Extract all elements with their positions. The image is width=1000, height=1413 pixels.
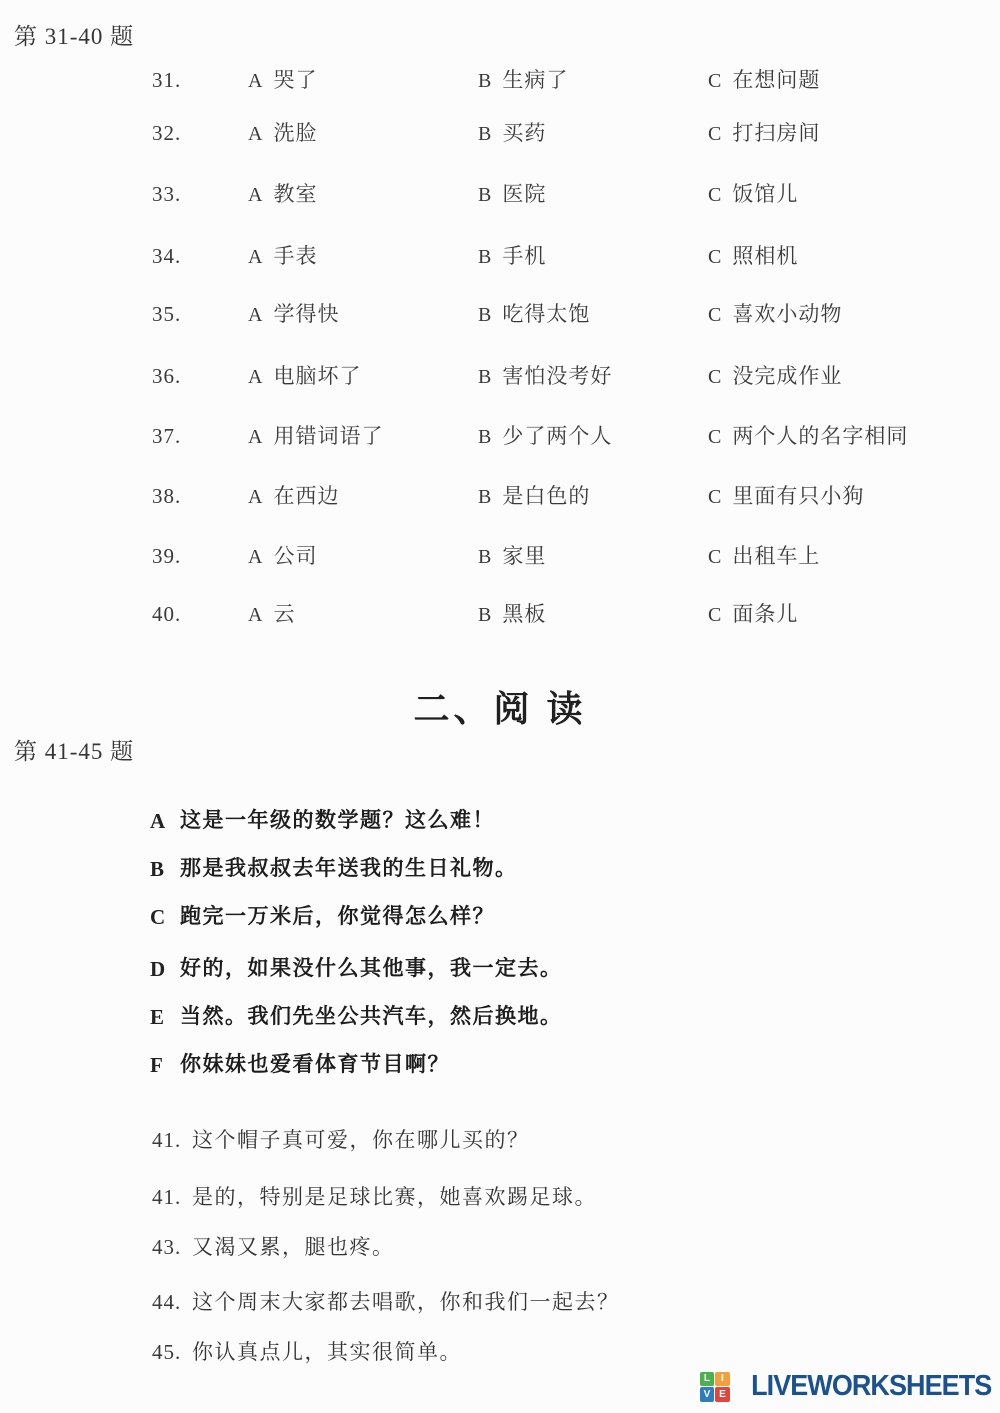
option-b-text: 买药 (502, 121, 546, 145)
option-a-text: 手表 (273, 244, 317, 268)
question-number: 33. (152, 178, 181, 210)
option-a: A哭了 (248, 64, 317, 97)
logo-square-e: E (715, 1387, 730, 1402)
option-a: A教室 (248, 178, 317, 211)
reading-option-letter: C (150, 902, 165, 932)
option-b-text: 是白色的 (502, 484, 590, 508)
option-a-text: 公司 (273, 544, 317, 568)
option-b: B少了两个人 (478, 420, 612, 453)
option-letter-c: C (708, 599, 721, 631)
reading-option-text: 好的，如果没什么其他事，我一定去。 (180, 954, 563, 984)
option-b-text: 吃得太饱 (502, 302, 590, 326)
reading-question-41: 41. 这个帽子真可爱，你在哪儿买的？ (0, 1125, 1000, 1155)
worksheet-page: 第 31-40 题 31. A哭了 B生病了 C在想问题 32. A洗脸 B买药… (0, 0, 1000, 1413)
question-text: 是的，特别是足球比赛，她喜欢踢足球。 (192, 1182, 597, 1212)
option-letter-c: C (708, 481, 721, 513)
reading-option-b: B 那是我叔叔去年送我的生日礼物。 (0, 854, 1000, 884)
option-c-text: 出租车上 (732, 544, 820, 568)
option-c: C照相机 (708, 240, 798, 273)
question-number: 34. (152, 240, 181, 272)
option-c-text: 面条儿 (732, 602, 798, 626)
reading-option-e: E 当然。我们先坐公共汽车，然后换地。 (0, 1002, 1000, 1032)
option-b: B是白色的 (478, 480, 590, 513)
liveworksheets-wordmark: LIVEWORKSHEETS (751, 1370, 991, 1403)
option-letter-c: C (708, 421, 721, 453)
reading-option-d: D 好的，如果没什么其他事，我一定去。 (0, 954, 1000, 984)
option-b: B手机 (478, 240, 546, 273)
option-a: A电脑坏了 (248, 360, 361, 393)
option-c-text: 没完成作业 (732, 364, 842, 388)
option-letter-c: C (708, 541, 721, 573)
option-b-text: 家里 (502, 544, 546, 568)
question-number: 40. (152, 598, 181, 630)
option-b-text: 医院 (502, 182, 546, 206)
option-c: C饭馆儿 (708, 178, 798, 211)
reading-option-text: 那是我叔叔去年送我的生日礼物。 (180, 854, 518, 884)
option-letter-c: C (708, 299, 721, 331)
option-b: B吃得太饱 (478, 298, 590, 331)
option-a-text: 在西边 (273, 484, 339, 508)
option-a: A在西边 (248, 480, 339, 513)
option-c-text: 里面有只小狗 (732, 484, 864, 508)
option-letter-b: B (478, 118, 491, 150)
question-number: 39. (152, 540, 181, 572)
option-letter-b: B (478, 481, 491, 513)
reading-option-f: F 你妹妹也爱看体育节目啊？ (0, 1050, 1000, 1080)
question-row-31: 31. A哭了 B生病了 C在想问题 (0, 64, 1000, 96)
option-letter-b: B (478, 241, 491, 273)
reading-option-text: 当然。我们先坐公共汽车，然后换地。 (180, 1002, 563, 1032)
question-number: 32. (152, 117, 181, 149)
reading-option-letter: F (150, 1050, 163, 1080)
reading-option-a: A 这是一年级的数学题？这么难！ (0, 806, 1000, 836)
option-letter-a: A (248, 361, 262, 393)
option-c: C没完成作业 (708, 360, 842, 393)
option-a: A手表 (248, 240, 317, 273)
logo-square-v: V (700, 1387, 715, 1402)
option-letter-c: C (708, 118, 721, 150)
option-b-text: 黑板 (502, 602, 546, 626)
option-letter-b: B (478, 599, 491, 631)
option-a-text: 用错词语了 (273, 424, 383, 448)
question-number: 41. (152, 1182, 181, 1212)
question-number: 35. (152, 298, 181, 330)
option-a: A洗脸 (248, 117, 317, 150)
liveworksheets-icon: L I V E (700, 1372, 730, 1402)
logo-square-l: L (700, 1372, 715, 1387)
reading-option-text: 跑完一万米后，你觉得怎么样？ (180, 902, 495, 932)
option-c: C出租车上 (708, 540, 820, 573)
option-a: A云 (248, 598, 295, 631)
reading-question-43: 43. 又渴又累，腿也疼。 (0, 1232, 1000, 1262)
option-a-text: 哭了 (273, 68, 317, 92)
reading-option-letter: B (150, 854, 164, 884)
option-c: C打扫房间 (708, 117, 820, 150)
option-letter-b: B (478, 179, 491, 211)
logo-square-i: I (715, 1372, 730, 1387)
option-a-text: 洗脸 (273, 121, 317, 145)
option-a-text: 教室 (273, 182, 317, 206)
option-b-text: 手机 (502, 244, 546, 268)
reading-section-header: 第 41-45 题 (14, 733, 134, 766)
reading-option-letter: E (150, 1002, 164, 1032)
option-b-text: 生病了 (502, 68, 568, 92)
reading-question-44: 44. 这个周末大家都去唱歌，你和我们一起去？ (0, 1287, 1000, 1317)
reading-question-42: 41. 是的，特别是足球比赛，她喜欢踢足球。 (0, 1182, 1000, 1212)
option-b: B家里 (478, 540, 546, 573)
option-a-text: 电脑坏了 (273, 364, 361, 388)
option-c-text: 在想问题 (732, 68, 820, 92)
liveworksheets-logo[interactable]: L I V E LIVEWORKSHEETS (700, 1370, 991, 1403)
reading-option-text: 这是一年级的数学题？这么难！ (180, 806, 495, 836)
reading-option-letter: D (150, 954, 165, 984)
question-text: 又渴又累，腿也疼。 (192, 1232, 395, 1262)
question-row-39: 39. A公司 B家里 C出租车上 (0, 540, 1000, 572)
option-b-text: 害怕没考好 (502, 364, 612, 388)
option-letter-c: C (708, 361, 721, 393)
option-letter-b: B (478, 299, 491, 331)
option-letter-b: B (478, 361, 491, 393)
option-letter-a: A (248, 599, 262, 631)
question-row-38: 38. A在西边 B是白色的 C里面有只小狗 (0, 480, 1000, 512)
question-row-35: 35. A学得快 B吃得太饱 C喜欢小动物 (0, 298, 1000, 330)
question-number: 44. (152, 1287, 181, 1317)
option-b: B害怕没考好 (478, 360, 612, 393)
question-number: 36. (152, 360, 181, 392)
option-letter-a: A (248, 118, 262, 150)
option-c: C在想问题 (708, 64, 820, 97)
option-letter-a: A (248, 481, 262, 513)
option-a-text: 云 (273, 602, 295, 626)
option-letter-b: B (478, 65, 491, 97)
option-letter-a: A (248, 541, 262, 573)
option-letter-c: C (708, 179, 721, 211)
option-c: C面条儿 (708, 598, 798, 631)
option-letter-a: A (248, 241, 262, 273)
question-number: 43. (152, 1232, 181, 1262)
question-text: 这个周末大家都去唱歌，你和我们一起去？ (192, 1287, 620, 1317)
option-letter-b: B (478, 541, 491, 573)
option-c: C两个人的名字相同 (708, 420, 908, 453)
question-number: 41. (152, 1125, 181, 1155)
question-row-40: 40. A云 B黑板 C面条儿 (0, 598, 1000, 630)
option-letter-a: A (248, 65, 262, 97)
option-b: B生病了 (478, 64, 568, 97)
question-row-37: 37. A用错词语了 B少了两个人 C两个人的名字相同 (0, 420, 1000, 452)
listening-section-header: 第 31-40 题 (14, 18, 134, 51)
question-number: 37. (152, 420, 181, 452)
option-c-text: 喜欢小动物 (732, 302, 842, 326)
question-row-36: 36. A电脑坏了 B害怕没考好 C没完成作业 (0, 360, 1000, 392)
question-row-33: 33. A教室 B医院 C饭馆儿 (0, 178, 1000, 210)
option-a: A学得快 (248, 298, 339, 331)
question-text: 你认真点儿，其实很简单。 (192, 1337, 462, 1367)
question-number: 38. (152, 480, 181, 512)
option-a: A公司 (248, 540, 317, 573)
question-number: 31. (152, 64, 181, 96)
option-b: B医院 (478, 178, 546, 211)
question-number: 45. (152, 1337, 181, 1367)
option-c: C里面有只小狗 (708, 480, 864, 513)
reading-question-45: 45. 你认真点儿，其实很简单。 (0, 1337, 1000, 1367)
reading-option-text: 你妹妹也爱看体育节目啊？ (180, 1050, 450, 1080)
option-letter-b: B (478, 421, 491, 453)
option-letter-a: A (248, 179, 262, 211)
option-c-text: 照相机 (732, 244, 798, 268)
question-row-34: 34. A手表 B手机 C照相机 (0, 240, 1000, 272)
option-b-text: 少了两个人 (502, 424, 612, 448)
reading-option-c: C 跑完一万米后，你觉得怎么样？ (0, 902, 1000, 932)
option-a: A用错词语了 (248, 420, 383, 453)
reading-option-letter: A (150, 806, 165, 836)
option-a-text: 学得快 (273, 302, 339, 326)
question-text: 这个帽子真可爱，你在哪儿买的？ (192, 1125, 530, 1155)
option-letter-a: A (248, 421, 262, 453)
option-c-text: 打扫房间 (732, 121, 820, 145)
option-letter-a: A (248, 299, 262, 331)
option-b: B买药 (478, 117, 546, 150)
option-c-text: 饭馆儿 (732, 182, 798, 206)
option-letter-c: C (708, 241, 721, 273)
option-b: B黑板 (478, 598, 546, 631)
option-c-text: 两个人的名字相同 (732, 424, 908, 448)
reading-section-title: 二、阅 读 (0, 681, 1000, 732)
option-c: C喜欢小动物 (708, 298, 842, 331)
option-letter-c: C (708, 65, 721, 97)
question-row-32: 32. A洗脸 B买药 C打扫房间 (0, 117, 1000, 149)
